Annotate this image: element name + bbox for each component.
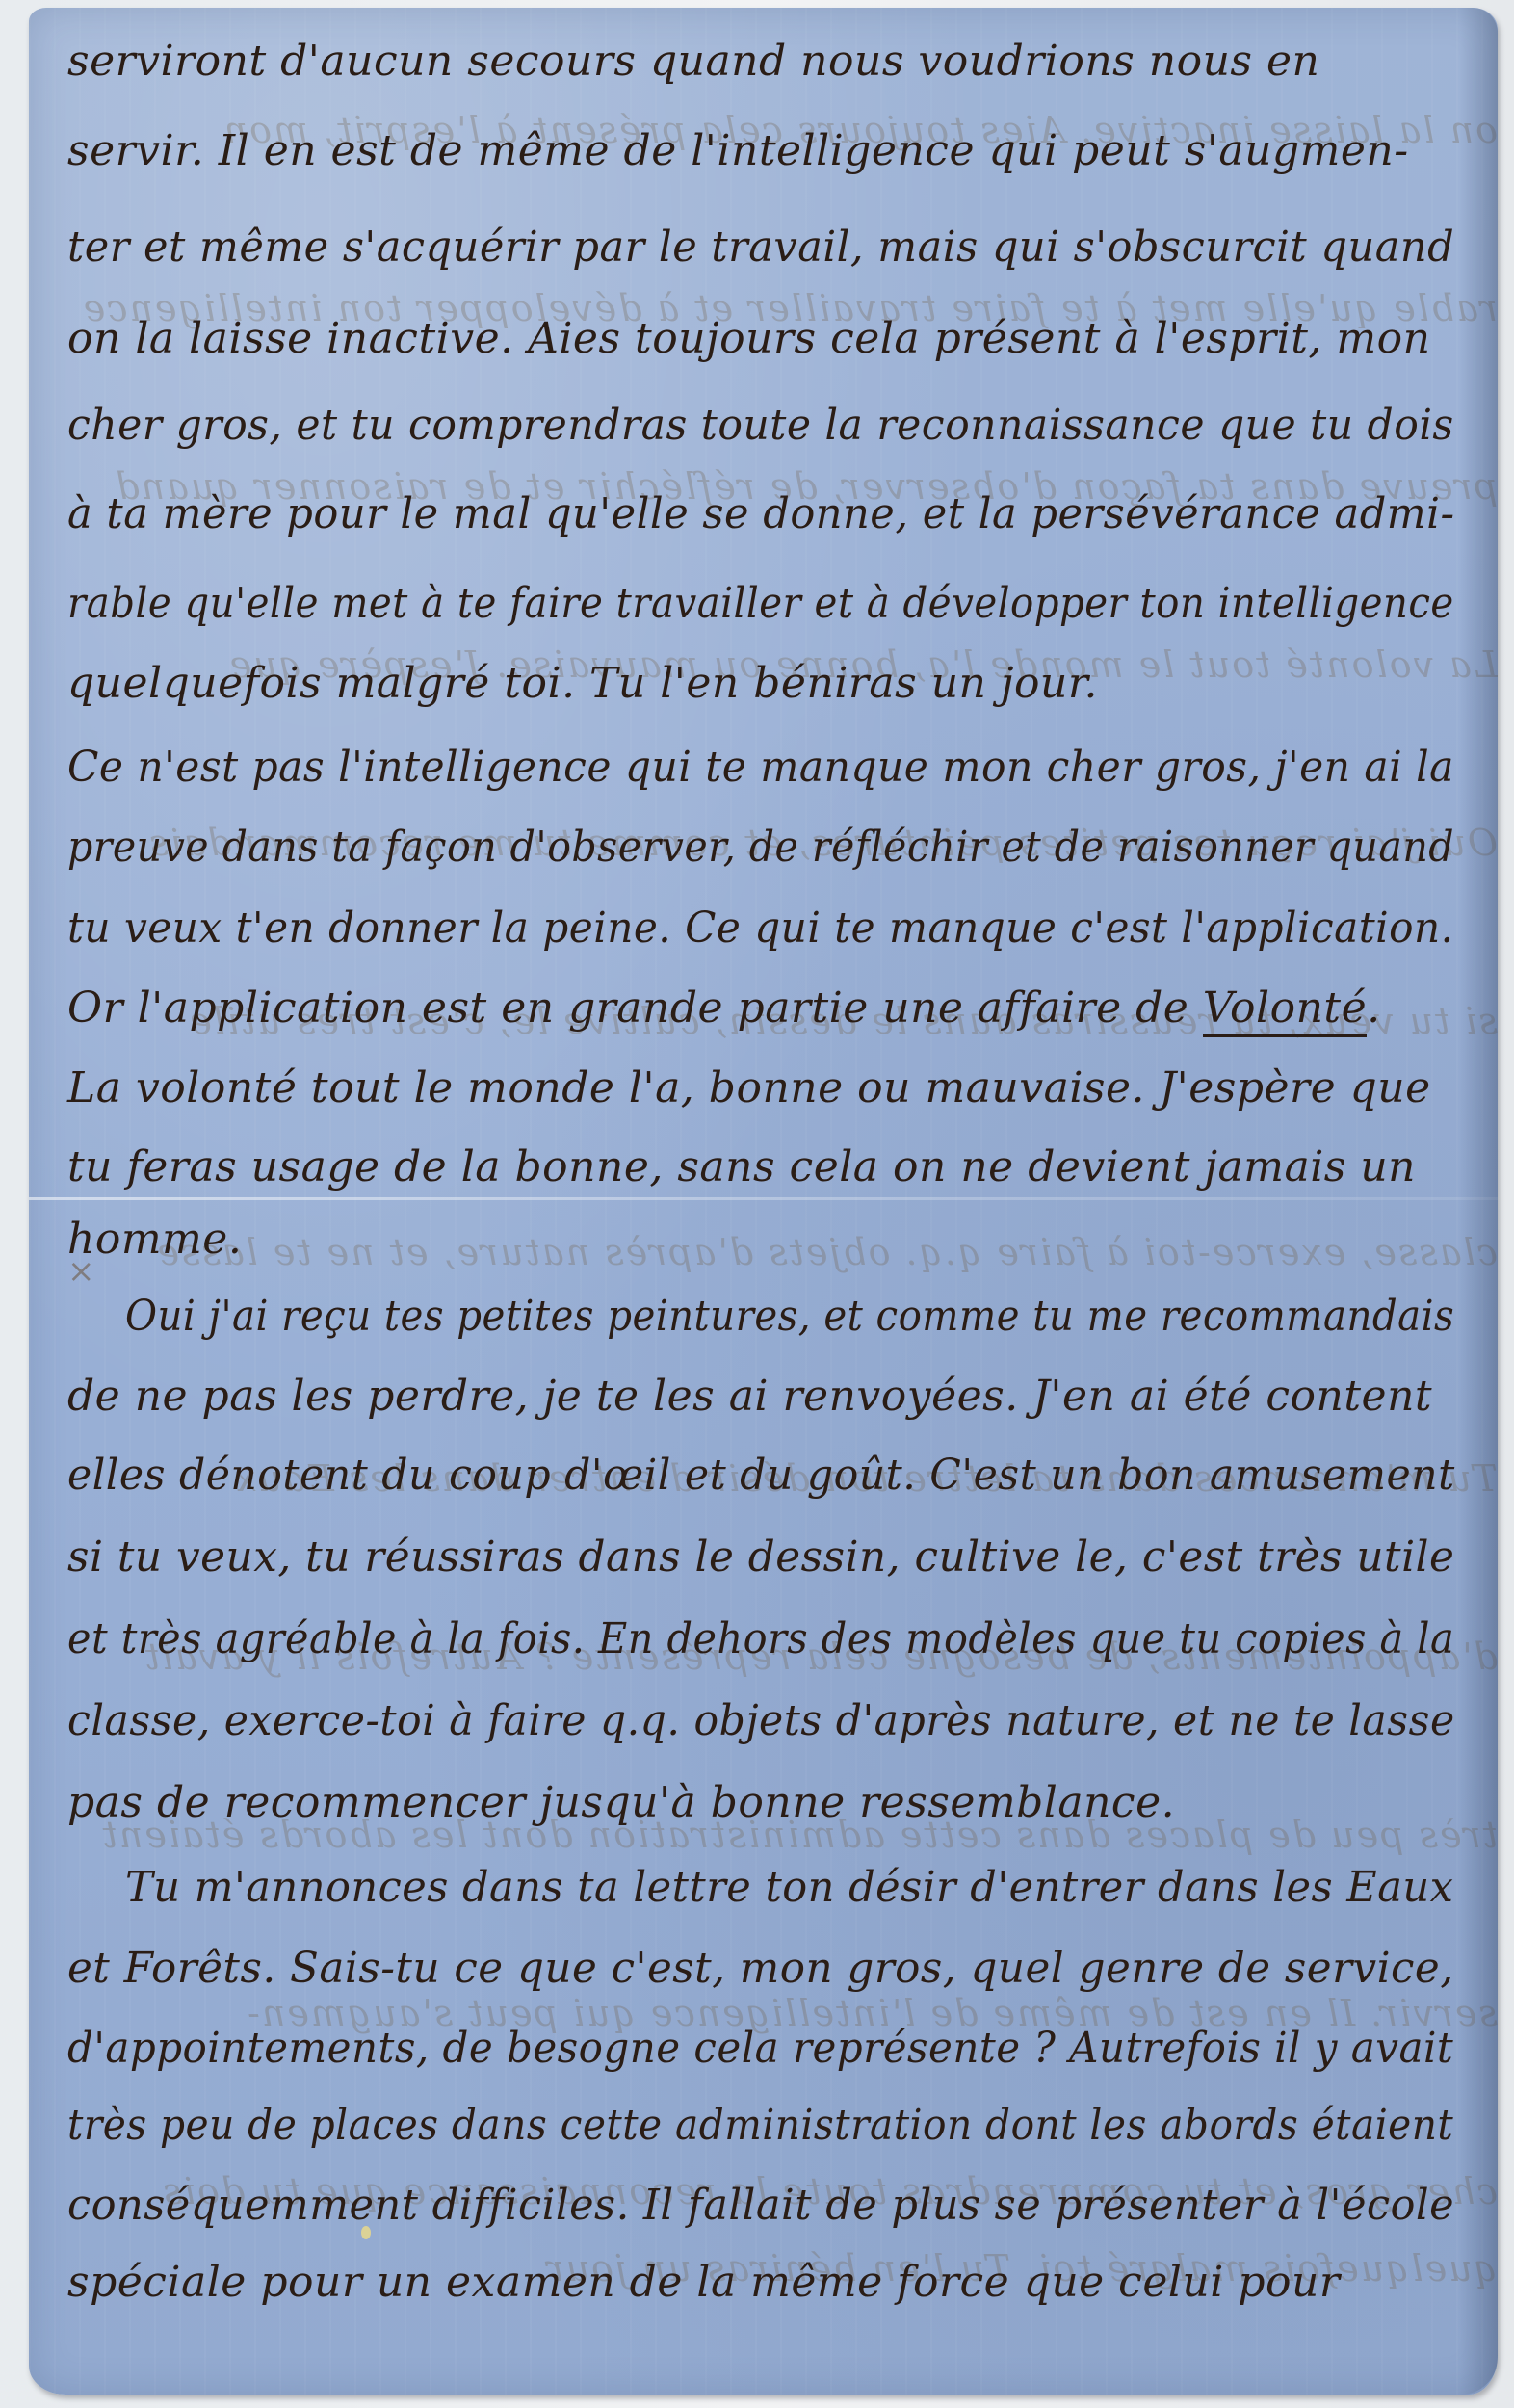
text-line: on la laisse inactive. Aies toujours cel… [67, 318, 1430, 360]
text-line: tu veux t'en donner la peine. Ce qui te … [67, 907, 1454, 950]
text-line: Oui j'ai reçu tes petites peintures, et … [125, 1296, 1454, 1338]
text-line: ter et même s'acquérir par le travail, m… [67, 226, 1454, 269]
text-line: si tu veux, tu réussiras dans le dessin,… [67, 1536, 1454, 1579]
text-line: quelquefois malgré toi. Tu l'en béniras … [67, 663, 1098, 705]
text-line: Or l'application est en grande partie un… [67, 987, 1381, 1030]
text-line: conséquemment difficiles. Il fallait de … [67, 2185, 1454, 2227]
text-line: La volonté tout le monde l'a, bonne ou m… [67, 1067, 1431, 1110]
text-line: serviront d'aucun secours quand nous vou… [67, 40, 1319, 83]
text-line: rable qu'elle met à te faire travailler … [67, 583, 1454, 625]
text-line: très peu de places dans cette administra… [67, 2105, 1453, 2147]
bleed-through-text: classe, exerce-toi à faire q.q. objets d… [29, 1231, 1498, 1273]
text-line: cher gros, et tu comprendras toute la re… [67, 405, 1454, 447]
underlined-word: Volonté [1203, 983, 1367, 1037]
text-line: homme. [67, 1218, 242, 1261]
text-line: de ne pas les perdre, je te les ai renvo… [67, 1375, 1432, 1418]
text-line: d'appointements, de besogne cela représe… [67, 2028, 1453, 2070]
text-line: preuve dans ta façon d'observer, de réfl… [67, 826, 1454, 869]
text-line: tu feras usage de la bonne, sans cela on… [67, 1146, 1416, 1189]
paper-fold-crease [29, 1197, 1498, 1200]
text-line: et très agréable à la fois. En dehors de… [67, 1618, 1454, 1661]
text-line: pas de recommencer jusqu'à bonne ressemb… [67, 1782, 1175, 1824]
text-line: à ta mère pour le mal qu'elle se donne, … [67, 493, 1455, 536]
text-line: Tu m'annonces dans ta lettre ton désir d… [125, 1867, 1453, 1909]
text-line: spéciale pour un examen de la même force… [67, 2262, 1340, 2304]
text-line-segment: . [1367, 983, 1381, 1033]
text-line: servir. Il en est de même de l'intellige… [67, 130, 1409, 172]
text-line: elles dénotent du coup d'œil et du goût.… [67, 1454, 1455, 1497]
text-line: classe, exerce-toi à faire q.q. objets d… [67, 1700, 1455, 1742]
text-line-segment: Or l'application est en grande partie un… [67, 983, 1203, 1033]
text-line: Ce n'est pas l'intelligence qui te manqu… [67, 746, 1454, 789]
text-line: et Forêts. Sais-tu ce que c'est, mon gro… [67, 1948, 1454, 1990]
